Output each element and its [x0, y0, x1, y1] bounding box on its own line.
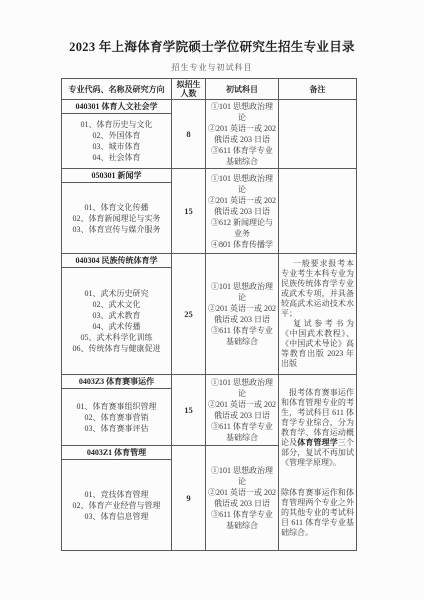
remark-cell: 一般要求报考本专业考生本科专业为民族传统体育学专业或武术专项，并具备较高武术运动… [279, 254, 357, 375]
header-major-code: 专业代码、名称及研究方向 [62, 79, 172, 100]
text-line: ③611 体育学专业基础综合 [208, 421, 276, 443]
enrollment-count: 15 [172, 169, 206, 254]
text-line: ①101 思想政治理论 [208, 173, 276, 195]
text-line: ①101 思想政治理论 [208, 377, 276, 399]
text-line: 02、体育赛事营销 [64, 412, 169, 423]
text-line: 05、武术科学化训练 [64, 332, 169, 343]
header-exam-subjects: 初试科目 [206, 79, 279, 100]
major-code-name: 040304 民族传统体育学 [62, 254, 172, 268]
text-line: 01、体育历史与文化 [64, 119, 169, 130]
text-line: 02、体育新闻理论与实务 [64, 213, 169, 224]
header-enrollment: 拟招生人数 [172, 79, 206, 100]
text-line: ③611 体育学专业基础综合 [208, 325, 276, 347]
text-line: 复试参考书为《中国武术教程》、《中国武术导论》高等教育出版 2023 年出版 [281, 319, 354, 369]
text-line: ③612 新闻理论与业务 [208, 217, 276, 239]
table-row: 050301 新闻学 15 ①101 思想政治理论②201 英语一或 202 俄… [62, 169, 357, 183]
text-line: 03、武术教育 [64, 310, 169, 321]
enrollment-count: 15 [172, 375, 206, 446]
major-code-name: 050301 新闻学 [62, 169, 172, 183]
table-row: 040301 体育人文社会学 8 ①101 思想政治理论②201 英语一或 20… [62, 100, 357, 114]
text-line: 02、体育产业经营与管理 [64, 500, 169, 511]
text-line: 03、体育宣传与媒介服务 [64, 224, 169, 235]
text-line: ③611 体育学专业基础综合 [208, 145, 276, 167]
text-line: ②201 英语一或 202 俄语或 203 日语 [208, 195, 276, 217]
text-line: ②201 英语一或 202 俄语或 203 日语 [208, 399, 276, 421]
remark-cell [279, 100, 357, 169]
exam-subjects-cell: ①101 思想政治理论②201 英语一或 202 俄语或 203 日语③611 … [206, 446, 279, 551]
text-line: ①101 思想政治理论 [208, 281, 276, 303]
text-line: ①101 思想政治理论 [208, 101, 276, 123]
remark-paragraph: 报考体育赛事运作和体育管理专业的考生，考试科目 611 体育学专业综合，分为教育… [281, 388, 354, 468]
document-title: 2023 年上海体育学院硕士学位研究生招生专业目录 [0, 37, 424, 55]
text-line: 02、武术文化 [64, 299, 169, 310]
enrollment-count: 9 [172, 446, 206, 551]
research-directions-cell: 01、武术历史研究02、武术文化03、武术教育04、武术传播05、武术科学化训练… [62, 268, 172, 375]
major-code-name: 040301 体育人文社会学 [62, 100, 172, 114]
text-line: 01、竞技体育管理 [64, 489, 169, 500]
text-line: ④801 体育传播学 [208, 239, 276, 250]
text-line: 一般要求报考本专业考生本科专业为民族传统体育学专业或武术专项，并具备较高武术运动… [281, 259, 354, 319]
text-line: ②201 英语一或 202 俄语或 203 日语 [208, 303, 276, 325]
exam-subjects-cell: ①101 思想政治理论②201 英语一或 202 俄语或 203 日语③611 … [206, 100, 279, 169]
research-directions-cell: 01、体育历史与文化02、外国体育03、城市体育04、社会体育 [62, 114, 172, 169]
exam-subjects-cell: ①101 思想政治理论②201 英语一或 202 俄语或 203 日语③611 … [206, 254, 279, 375]
research-directions-cell: 01、体育文化传播02、体育新闻理论与实务03、体育宣传与媒介服务 [62, 183, 172, 254]
table-header-row: 专业代码、名称及研究方向 拟招生人数 初试科目 备注 [62, 79, 357, 100]
table-row: 0403Z3 体育赛事运作 15 ①101 思想政治理论②201 英语一或 20… [62, 375, 357, 389]
exam-subjects-cell: ①101 思想政治理论②201 英语一或 202 俄语或 203 日语③612 … [206, 169, 279, 254]
admissions-catalog-table: 专业代码、名称及研究方向 拟招生人数 初试科目 备注 040301 体育人文社会… [61, 78, 357, 551]
table-row: 040304 民族传统体育学 25 ①101 思想政治理论②201 英语一或 2… [62, 254, 357, 268]
remark-cell-merged: 报考体育赛事运作和体育管理专业的考生，考试科目 611 体育学专业综合，分为教育… [279, 375, 357, 551]
text-line: ②201 英语一或 202 俄语或 203 日语 [208, 123, 276, 145]
document-subtitle: 招生专业与初试科目 [0, 62, 424, 73]
header-remarks: 备注 [279, 79, 357, 100]
text-line: 03、城市体育 [64, 141, 169, 152]
text-line: 03、体育信息管理 [64, 511, 169, 522]
text-line: 04、武术传播 [64, 321, 169, 332]
enrollment-count: 25 [172, 254, 206, 375]
text-line: ①101 思想政治理论 [208, 465, 276, 487]
text-line: 04、社会体育 [64, 152, 169, 163]
scanned-document-page: 2023 年上海体育学院硕士学位研究生招生专业目录 招生专业与初试科目 专业代码… [0, 0, 424, 600]
text-line: ②201 英语一或 202 俄语或 203 日语 [208, 487, 276, 509]
text-line: ③611 体育学专业基础综合 [208, 509, 276, 531]
remark-text-bold: 体育管理学 [297, 438, 338, 447]
research-directions-cell: 01、体育赛事组织管理02、体育赛事营销03、体育赛事评估 [62, 389, 172, 446]
text-line: 06、传统体育与健康促进 [64, 343, 169, 354]
enrollment-count: 8 [172, 100, 206, 169]
text-line: 03、体育赛事评估 [64, 423, 169, 434]
text-line: 02、外国体育 [64, 130, 169, 141]
major-code-name: 0403Z1 体育管理 [62, 446, 172, 460]
text-line: 01、体育文化传播 [64, 202, 169, 213]
remark-cell [279, 169, 357, 254]
text-line: 01、武术历史研究 [64, 288, 169, 299]
research-directions-cell: 01、竞技体育管理02、体育产业经营与管理03、体育信息管理 [62, 460, 172, 551]
remark-paragraph: 除体育赛事运作和体育管理两个专业之外的其他专业的考试科目 611 体育学专业基础… [281, 488, 354, 538]
major-code-name: 0403Z3 体育赛事运作 [62, 375, 172, 389]
exam-subjects-cell: ①101 思想政治理论②201 英语一或 202 俄语或 203 日语③611 … [206, 375, 279, 446]
text-line: 01、体育赛事组织管理 [64, 401, 169, 412]
